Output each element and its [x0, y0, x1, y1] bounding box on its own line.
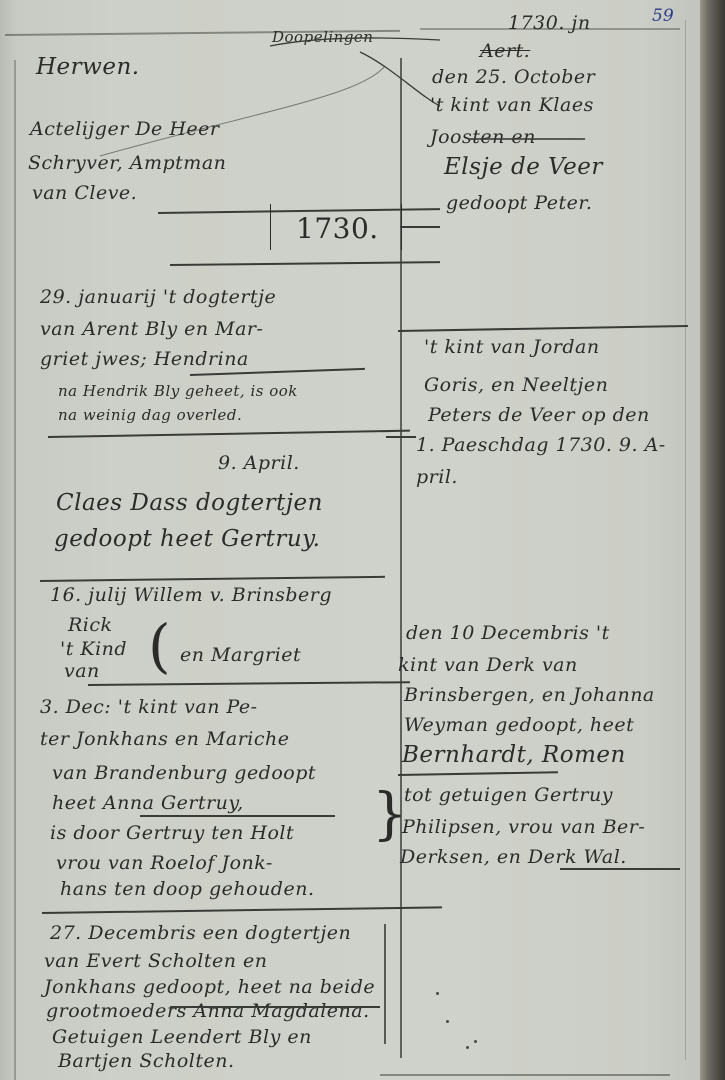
entry-dec3-line-6: vrou van Roelof Jonk- — [56, 852, 273, 874]
entry-dec3-line-2: ter Jonkhans en Mariche — [40, 728, 289, 750]
right-entry1-struck-name: Aert. — [480, 40, 530, 62]
entry-jan-text: griet jwes; Hendrina — [40, 348, 249, 370]
entry-jan-line-3: griet jwes; Hendrina — [40, 348, 249, 370]
note-line-1: Actelijger De Heer — [30, 118, 219, 140]
entry-dec27-line-3: Jonkhans gedoopt, heet na beide — [44, 976, 375, 998]
right-entry2-line-1: 't kint van Jordan — [424, 336, 600, 358]
entry-jul-line-1: 16. julij Willem v. Brinsberg — [50, 584, 332, 606]
entry-jul-line-5: en Margriet — [180, 644, 301, 666]
right-entry2-line-2: Goris, en Neeltjen — [424, 374, 608, 396]
entry-dec27-line-5: Getuigen Leendert Bly en — [52, 1026, 312, 1048]
right-entry1-line-4: Joosten en — [430, 126, 536, 148]
entry-dec3-line-7: hans ten doop gehouden. — [60, 878, 315, 900]
entry-dec27-line-6: Bartjen Scholten. — [58, 1050, 235, 1072]
right-entry1-line-5: Elsje de Veer — [444, 154, 603, 180]
right-entry3-line-2: kint van Derk van — [398, 654, 578, 676]
entry-dec3-line-1: 3. Dec: 't kint van Pe- — [40, 696, 258, 718]
right-entry3-line-6: tot getuigen Gertruy — [404, 784, 613, 806]
entry-divider-4 — [42, 906, 442, 913]
entry-apr-line-2: Claes Dass dogtertjen — [56, 490, 323, 516]
ink-speck — [436, 992, 439, 995]
entry-jul-line-4: van — [64, 660, 100, 682]
entry-jul-line-3: 't Kind — [60, 638, 127, 660]
anna-gertruy-underline — [140, 815, 335, 817]
entry-jan-line-5: na weinig dag overled. — [58, 406, 242, 424]
ink-speck — [466, 1046, 469, 1049]
right-entry2-tick — [386, 436, 416, 438]
ink-speck — [446, 1020, 449, 1023]
right-year-heading: 1730. jn — [508, 12, 591, 34]
entry-jul-brace: ( — [148, 612, 171, 680]
right-entry2-line-3: Peters de Veer op den — [428, 404, 650, 426]
right-entry1-line-2: den 25. October — [432, 66, 595, 88]
right-divider-1 — [400, 226, 440, 228]
entry-jan-line-4: na Hendrik Bly geheet, is ook — [58, 382, 298, 400]
note-line-3: van Cleve. — [32, 182, 137, 204]
note-text: Actelijger De Heer — [30, 118, 219, 140]
entry-dec27-line-1: 27. Decembris een dogtertjen — [50, 922, 351, 944]
entry-jan-line-1: 29. januarij 't dogtertje — [40, 286, 276, 308]
bernhardt-underline — [398, 771, 558, 775]
right-entry3-line-1: den 10 Decembris 't — [406, 622, 610, 644]
right-divider-2 — [398, 325, 688, 332]
gutter-margin-line — [14, 60, 16, 1080]
entry-dec3-line-3: van Brandenburg gedoopt — [52, 762, 316, 784]
entry-divider-1 — [48, 430, 410, 438]
entry-jul-line-2: Rick — [68, 614, 113, 636]
entry-dec27-right-border — [384, 924, 386, 1044]
entry-jan-line-2: van Arent Bly en Mar- — [40, 318, 263, 340]
register-page: 59 Herwen. Doopelingen 1730. jn Actelijg… — [0, 0, 700, 1080]
right-entry3-line-7: Philipsen, vrou van Ber- — [402, 816, 645, 838]
entry-apr-line-3: gedoopt heet Gertruy. — [54, 526, 320, 552]
entry-apr-line-1: 9. April. — [218, 452, 300, 474]
right-entry1-line-6: gedoopt Peter. — [446, 192, 592, 214]
right-margin-line — [685, 20, 686, 1060]
ink-speck — [474, 1040, 477, 1043]
right-entry2-line-5: pril. — [416, 466, 458, 488]
page-number: 59 — [652, 6, 674, 26]
entry-divider-3 — [88, 681, 410, 685]
entry-dec3-line-5: is door Gertruy ten Holt — [50, 822, 294, 844]
right-entry3-line-4: Weyman gedoopt, heet — [404, 714, 634, 736]
right-entry1-line-3: 't kint van Klaes — [430, 94, 594, 116]
right-entry1-date: den 25. October — [432, 66, 595, 88]
right-entry2-line-4: 1. Paeschdag 1730. 9. A- — [416, 434, 666, 456]
entry-dec27-line-4: grootmoeders Anna Magdalena. — [46, 1000, 370, 1022]
entry-divider-2 — [40, 576, 385, 582]
right-entry3-line-3: Brinsbergen, en Johanna — [404, 684, 655, 706]
right-entry3-line-5: Bernhardt, Romen — [402, 742, 626, 768]
right-entry1-strike — [470, 138, 585, 140]
bottom-rule — [380, 1074, 670, 1076]
right-entry3-line-8: Derksen, en Derk Wal. — [400, 846, 627, 868]
note-line-2: Schryver, Amptman — [28, 152, 226, 174]
entry-dec27-line-2: van Evert Scholten en — [44, 950, 268, 972]
anna-magdalena-underline — [170, 1006, 380, 1008]
year-box-label: 1730. — [296, 212, 379, 245]
book-binding-edge — [700, 0, 725, 1080]
derk-underline — [560, 868, 680, 870]
entry-dec3-line-4: heet Anna Gertruy, — [52, 792, 244, 814]
